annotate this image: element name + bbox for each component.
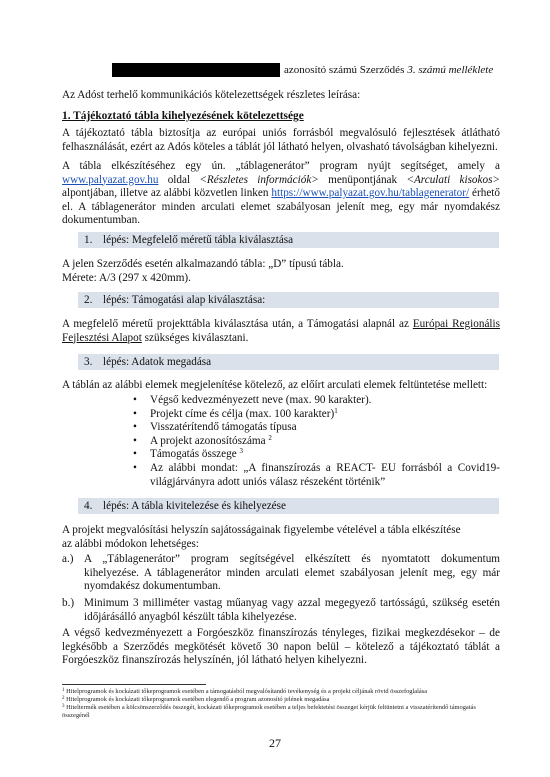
footnote-reference[interactable]: 2: [268, 434, 272, 442]
submenu-reference: <Arculati kisokos>: [406, 174, 500, 186]
list-item: •Visszatérítendő támogatás típusa: [133, 421, 500, 435]
step-number: 2.: [84, 292, 92, 308]
closing-paragraph: A végső kedvezményezett a Forgóeszköz fi…: [62, 627, 500, 668]
step-number: 1.: [84, 232, 92, 248]
step-2-text-1: A megfelelő méretű projekttábla kiválasz…: [62, 318, 413, 330]
step-label: lépés: Támogatási alap kiválasztása:: [103, 292, 265, 308]
footnote-text: Hitelprogramok és kockázati tőkeprogramo…: [65, 688, 428, 695]
list-item-text: Végső kedvezményezett neve (max. 90 kara…: [150, 394, 371, 406]
list-item: •Végső kedvezményezett neve (max. 90 kar…: [133, 394, 500, 408]
list-item-text: A projekt azonosítószáma: [150, 435, 268, 447]
document-page: azonosító számú Szerződés 3. számú mellé…: [0, 0, 550, 777]
section1-paragraph-2: A tábla elkészítéséhez egy ún. „táblagen…: [62, 160, 500, 228]
footnote: 1 Hitelprogramok és kockázati tőkeprogra…: [62, 688, 492, 696]
step-label: lépés: Adatok megadása: [103, 354, 211, 370]
bullet-icon: •: [133, 462, 137, 476]
footnote-separator: [62, 684, 206, 685]
step-3-body: A táblán az alábbi elemek megjelenítése …: [62, 379, 522, 393]
menu-reference: <Részletes információk>: [199, 174, 318, 186]
option-marker: a.): [62, 553, 74, 567]
para2-text-3: menüpontjának: [319, 174, 407, 186]
list-item: •Az alábbi mondat: „A finanszírozás a RE…: [133, 462, 500, 489]
footnote-reference[interactable]: 1: [334, 407, 338, 415]
step-2-body: A megfelelő méretű projekttábla kiválasz…: [62, 318, 500, 345]
footnote-reference[interactable]: 3: [239, 447, 243, 455]
option-b: b.) Minimum 3 milliméter vastag műanyag …: [62, 597, 500, 625]
step-4-heading: 4. lépés: A tábla kivitelezése és kihely…: [78, 498, 499, 514]
page-number: 27: [0, 736, 550, 751]
palyazat-site-link[interactable]: www.palyazat.gov.hu: [62, 174, 158, 186]
footnote: 2 Hitelprogramok és kockázati tőkeprogra…: [62, 696, 492, 704]
footnote-text: Hiteltermék esetében a kölcsönszerződés …: [62, 704, 476, 719]
step-label: lépés: Megfelelő méretű tábla kiválasztá…: [103, 232, 293, 248]
para2-text-4: alpontjában, illetve az alábbi közvetlen…: [62, 187, 271, 199]
option-a: a.) A „Táblagenerátor” program segítségé…: [62, 553, 500, 595]
tablagenerator-link[interactable]: https://www.palyazat.gov.hu/tablagenerat…: [271, 187, 469, 199]
bullet-icon: •: [133, 421, 137, 435]
step-4-body: A projekt megvalósítási helyszín sajátos…: [62, 524, 462, 551]
section-title: 1. Tájékoztató tábla kihelyezésének köte…: [62, 110, 304, 122]
step-label: lépés: A tábla kivitelezése és kihelyezé…: [103, 498, 286, 514]
bullet-icon: •: [133, 435, 137, 449]
step-number: 3.: [84, 354, 92, 370]
option-text: Minimum 3 milliméter vastag műanyag vagy…: [84, 597, 500, 624]
list-item-text: Projekt címe és célja (max. 100 karakter…: [150, 408, 334, 420]
required-elements-list: •Végső kedvezményezett neve (max. 90 kar…: [133, 394, 500, 489]
step-3-heading: 3. lépés: Adatok megadása: [78, 354, 499, 370]
list-item: •Támogatás összege 3: [133, 448, 500, 462]
list-item: •A projekt azonosítószáma 2: [133, 435, 500, 449]
list-item-text: Támogatás összege: [150, 448, 239, 460]
list-item: •Projekt címe és célja (max. 100 karakte…: [133, 408, 500, 422]
step-1-body: A jelen Szerződés esetén alkalmazandó tá…: [62, 258, 502, 285]
bullet-icon: •: [133, 448, 137, 462]
para2-text-1: A tábla elkészítéséhez egy ún. „táblagen…: [62, 160, 500, 172]
redacted-contract-id: [112, 63, 280, 77]
step-2-text-2: szükséges kiválasztani.: [142, 332, 249, 344]
step-1-heading: 1. lépés: Megfelelő méretű tábla kiválas…: [78, 232, 499, 248]
intro-text: Az Adóst terhelő kommunikációs kötelezet…: [62, 89, 502, 103]
para2-text-2: oldal: [158, 174, 199, 186]
list-item-text: Az alábbi mondat: „A finanszírozás a REA…: [150, 462, 500, 488]
list-item-text: Visszatérítendő támogatás típusa: [150, 421, 297, 433]
bullet-icon: •: [133, 408, 137, 422]
footnote: 3 Hiteltermék esetében a kölcsönszerződé…: [62, 704, 492, 720]
footnotes: 1 Hitelprogramok és kockázati tőkeprogra…: [62, 688, 492, 720]
footnote-text: Hitelprogramok és kockázati tőkeprogramo…: [65, 696, 330, 703]
header-annex-label: 3. számú melléklete: [407, 64, 493, 76]
table-size-line: Mérete: A/3 (297 x 420mm).: [62, 272, 502, 286]
step-2-heading: 2. lépés: Támogatási alap kiválasztása:: [78, 292, 499, 308]
step-number: 4.: [84, 498, 92, 514]
option-marker: b.): [62, 597, 74, 611]
section1-paragraph-1: A tájékoztató tábla biztosítja az európa…: [62, 127, 500, 154]
annex-header: azonosító számú Szerződés 3. számú mellé…: [112, 63, 493, 77]
option-text: A „Táblagenerátor” program segítségével …: [84, 553, 500, 594]
bullet-icon: •: [133, 394, 137, 408]
table-type-line: A jelen Szerződés esetén alkalmazandó tá…: [62, 258, 502, 272]
header-text: azonosító számú Szerződés: [284, 64, 404, 76]
